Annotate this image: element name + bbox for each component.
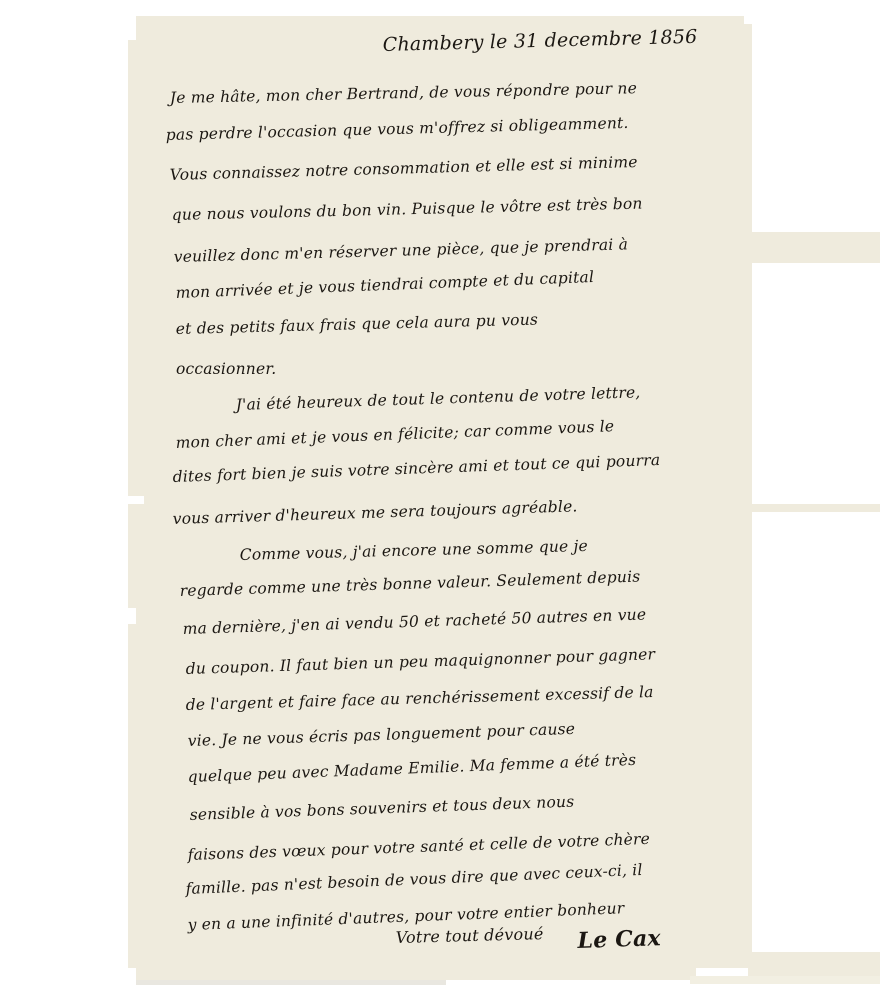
letter-line: du coupon. Il faut bien un peu maquignon…: [185, 645, 655, 678]
paper-bottom-shadow: [136, 980, 446, 985]
letter-line: sensible à vos bons souvenirs et tous de…: [189, 793, 574, 824]
paper-strip-bottom-right: [748, 952, 880, 976]
letter-line: pas perdre l'occasion que vous m'offrez …: [166, 114, 629, 144]
closing: Votre tout dévoué: [396, 924, 544, 947]
letter-line: veuillez donc m'en réserver une pièce, q…: [173, 235, 628, 266]
letter-line: dites fort bien je suis votre sincère am…: [172, 451, 660, 486]
letter-line: mon cher ami et je vous en félicite; car…: [175, 417, 614, 452]
place-date: Chambery le 31 decembre 1856: [382, 26, 697, 56]
letter-line: Je me hâte, mon cher Bertrand, de vous r…: [170, 79, 638, 107]
letter-line: regarde comme une très bonne valeur. Seu…: [179, 568, 640, 600]
letter-line: de l'argent et faire face au renchérisse…: [185, 683, 653, 714]
letter-line: vous arriver d'heureux me sera toujours …: [172, 497, 577, 528]
letter-line: que nous voulons du bon vin. Puisque le …: [172, 194, 643, 224]
letter-line: Vous connaissez notre consommation et el…: [169, 153, 637, 184]
letter-line: vie. Je ne vous écris pas longuement pou…: [187, 720, 575, 750]
handwritten-letter: Chambery le 31 decembre 1856 Je me hâte,…: [128, 16, 752, 976]
paper-strip-right-middle: [748, 504, 880, 512]
letter-line: faisons des vœux pour votre santé et cel…: [187, 830, 650, 864]
paper-strip-right-upper: [748, 232, 880, 263]
letter-line: J'ai été heureux de tout le contenu de v…: [235, 383, 640, 414]
letter-line: mon arrivée et je vous tiendrai compte e…: [175, 268, 594, 302]
letter-line: Comme vous, j'ai encore une somme que je: [240, 537, 589, 564]
signature: Le Cax: [577, 925, 661, 954]
letter-line: quelque peu avec Madame Emilie. Ma femme…: [187, 751, 636, 786]
paper-strip-bottom-right-light: [690, 976, 880, 984]
letter-line: occasionner.: [176, 360, 276, 378]
letter-line: ma dernière, j'en ai vendu 50 et racheté…: [182, 605, 646, 638]
letter-line: et des petits faux frais que cela aura p…: [176, 311, 539, 338]
letter-line: famille. pas n'est besoin de vous dire q…: [185, 861, 643, 898]
